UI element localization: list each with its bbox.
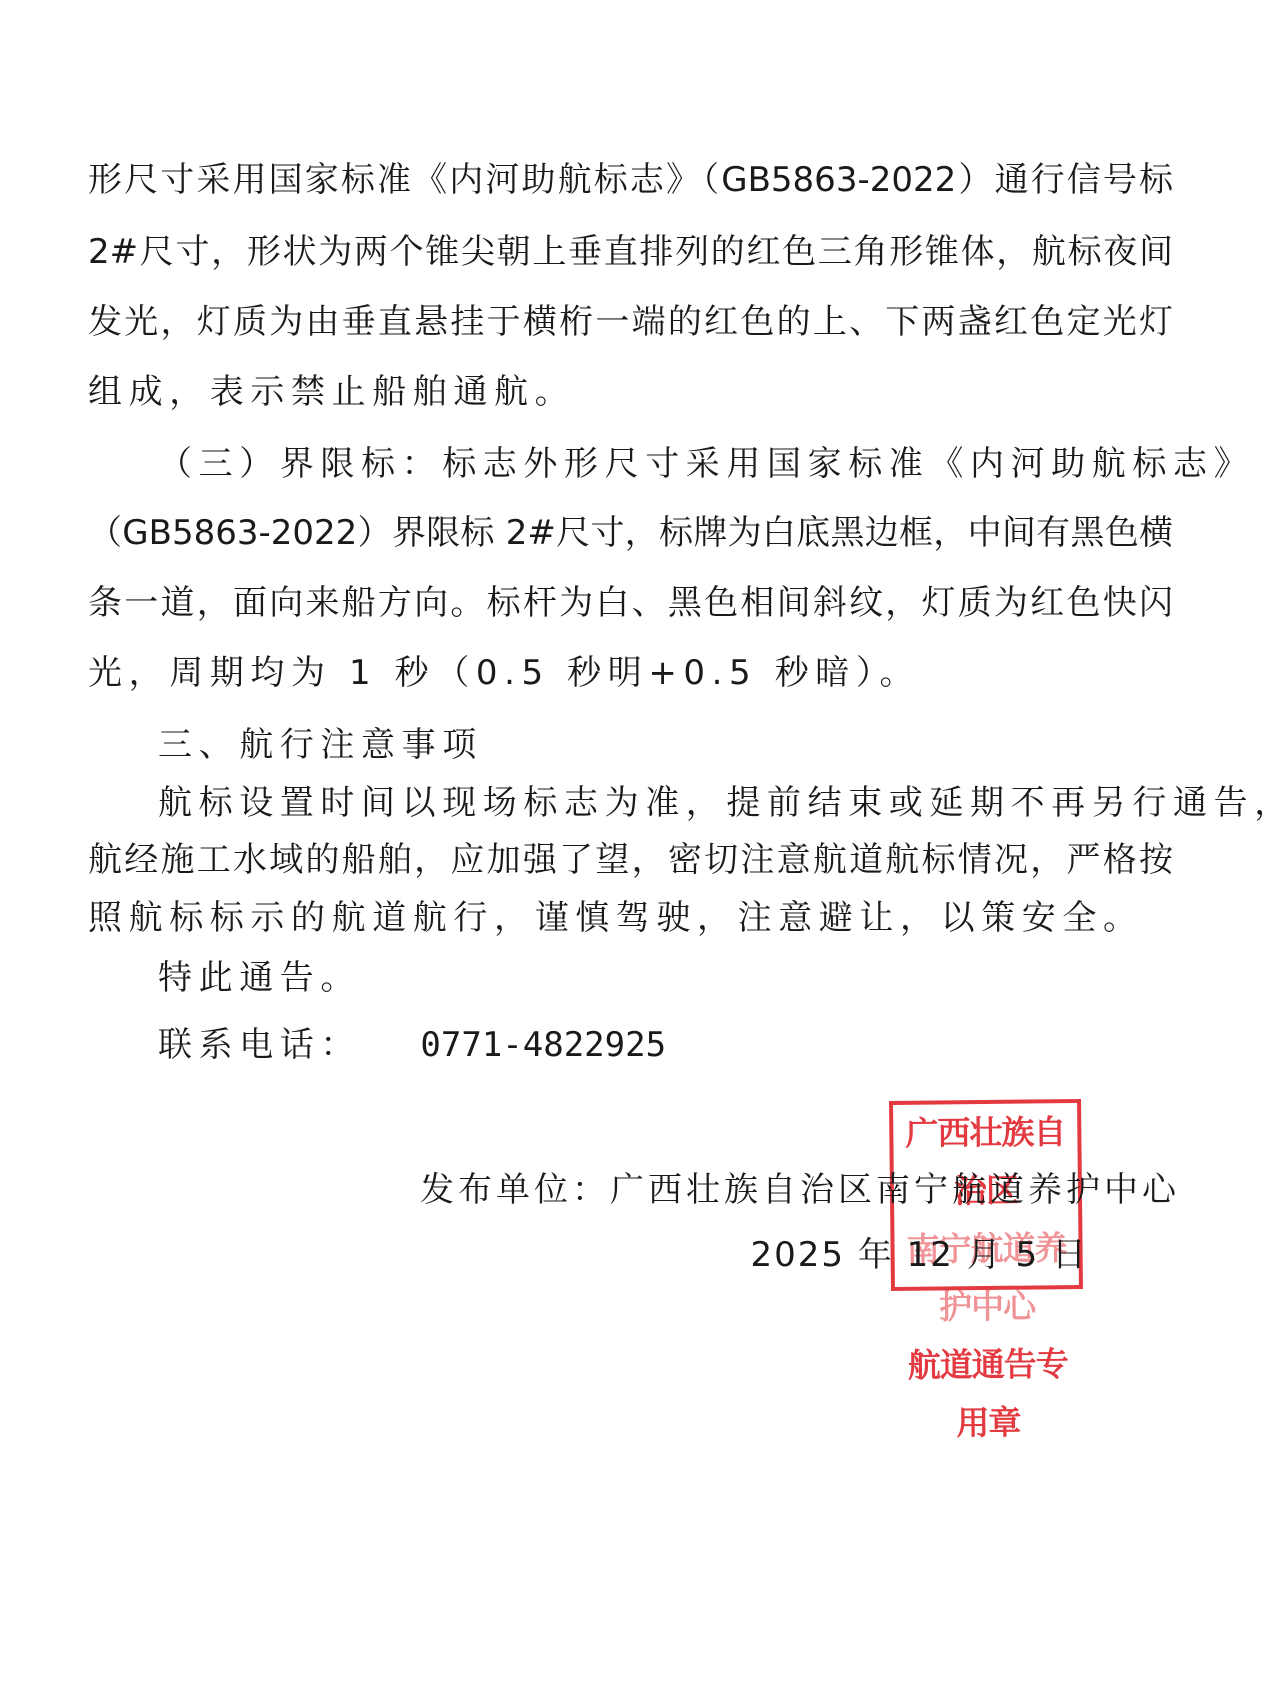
notice-line-3: 照航标标示的航道航行，谨慎驾驶，注意避让，以策安全。 bbox=[88, 896, 1173, 940]
contact-phone: 0771-4822925 bbox=[420, 1025, 666, 1065]
body-line-7: 条一道，面向来船方向。标杆为白、黑色相间斜纹，灯质为红色快闪 bbox=[88, 581, 1173, 625]
notice-line-1: 航标设置时间以现场标志为准，提前结束或延期不再另行通告， bbox=[158, 781, 1173, 825]
body-line-1: 形尺寸采用国家标准《内河助航标志》（GB5863-2022）通行信号标 bbox=[88, 158, 1173, 202]
body-line-3: 发光，灯质为由垂直悬挂于横桁一端的红色的上、下两盏红色定光灯 bbox=[88, 300, 1173, 344]
contact-label: 联系电话： bbox=[158, 1025, 361, 1065]
stamp-line-3: 航道通告专用章 bbox=[895, 1335, 1080, 1453]
body-line-2: 2#尺寸，形状为两个锥尖朝上垂直排列的红色三角形锥体，航标夜间 bbox=[88, 230, 1173, 274]
contact-row: 联系电话： 0771-4822925 bbox=[158, 1023, 1243, 1067]
closing-text: 特此通告。 bbox=[158, 956, 1243, 1000]
notice-line-2: 航经施工水域的船舶，应加强了望，密切注意航道航标情况，严格按 bbox=[88, 838, 1173, 882]
body-line-6: （GB5863-2022）界限标 2#尺寸，标牌为白底黑边框，中间有黑色横 bbox=[88, 511, 1173, 555]
body-line-8: 光，周期均为 1 秒（0.5 秒明+0.5 秒暗）。 bbox=[88, 651, 1173, 695]
publisher: 发布单位：广西壮族自治区南宁航道养护中心 bbox=[420, 1168, 1180, 1212]
issue-date: 2025 年 12 月 5 日 bbox=[751, 1233, 1088, 1277]
body-line-4: 组成，表示禁止船舶通航。 bbox=[88, 370, 1173, 414]
section-heading: 三、航行注意事项 bbox=[158, 723, 1243, 767]
subsection-boundary-mark: （三）界限标：标志外形尺寸采用国家标准《内河助航标志》 bbox=[158, 442, 1173, 486]
